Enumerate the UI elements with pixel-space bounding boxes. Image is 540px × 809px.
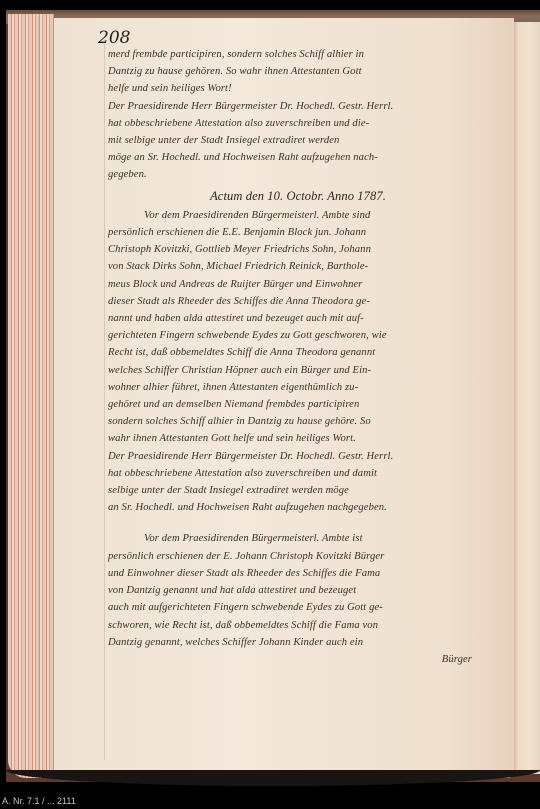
text-line: auch mit aufgerichteten Fingern schweben… xyxy=(108,599,488,616)
text-line: Christoph Kovitzki, Gottlieb Meyer Fried… xyxy=(108,241,488,258)
text-line: Recht ist, daß obbemeldtes Schiff die An… xyxy=(108,344,488,361)
text-line: und Einwohner dieser Stadt als Rheeder d… xyxy=(108,565,488,582)
text-line: gerichteten Fingern schwebende Eydes zu … xyxy=(108,327,488,344)
text-line: Der Praesidirende Herr Bürgermeister Dr.… xyxy=(108,448,488,465)
text-line: gegeben. xyxy=(108,166,488,183)
book-bottom-shadow xyxy=(6,770,540,786)
text-line: von Dantzig genannt und hat alda attesti… xyxy=(108,582,488,599)
text-line: Vor dem Praesidirenden Bürgermeisterl. A… xyxy=(108,207,488,224)
text-line: helfe und sein heiliges Wort! xyxy=(108,80,488,97)
manuscript-text: merd frembde participiren, sondern solch… xyxy=(108,46,488,668)
text-line: welches Schiffer Christian Höpner auch e… xyxy=(108,362,488,379)
text-line: wahr ihnen Attestanten Gott helfe und se… xyxy=(108,430,488,447)
text-line: an Sr. Hochedl. und Hochweisen Raht aufz… xyxy=(108,499,488,516)
text-line: persönlich erschienen die E.E. Benjamin … xyxy=(108,224,488,241)
text-line: von Stack Dirks Sohn, Michael Friedrich … xyxy=(108,258,488,275)
entry-heading: Actum den 10. Octobr. Anno 1787. xyxy=(108,184,488,207)
text-line: selbige unter der Stadt Insiegel extradi… xyxy=(108,482,488,499)
margin-rule xyxy=(104,40,105,760)
text-line: nannt und haben alda attestiret und beze… xyxy=(108,310,488,327)
text-line: Dantzig genannt, welches Schiffer Johann… xyxy=(108,634,488,651)
image-caption: A. Nr. 7.1 / ... 2111 xyxy=(2,796,76,806)
text-line: sondern solches Schiff alhier in Dantzig… xyxy=(108,413,488,430)
text-line: Vor dem Praesidirenden Bürgermeisterl. A… xyxy=(108,530,488,547)
page-number: 208 xyxy=(98,28,130,48)
text-line: wohner alhier führet, ihnen Attestanten … xyxy=(108,379,488,396)
text-line: schworen, wie Recht ist, daß obbemeldtes… xyxy=(108,617,488,634)
text-line: mit selbige unter der Stadt Insiegel ext… xyxy=(108,132,488,149)
text-line: persönlich erschienen der E. Johann Chri… xyxy=(108,548,488,565)
text-line: Dantzig zu hause gehören. So wahr ihnen … xyxy=(108,63,488,80)
facing-page-edge xyxy=(510,22,540,774)
text-line: merd frembde participiren, sondern solch… xyxy=(108,46,488,63)
text-line: möge an Sr. Hochedl. und Hochweisen Raht… xyxy=(108,149,488,166)
text-line: dieser Stadt als Rheeder des Schiffes di… xyxy=(108,293,488,310)
text-line: hat obbeschriebene Attestation also zuve… xyxy=(108,465,488,482)
text-line: Der Praesidirende Herr Bürgermeister Dr.… xyxy=(108,98,488,115)
page-stack-edge xyxy=(8,14,54,778)
text-line: meus Block und Andreas de Ruijter Bürger… xyxy=(108,276,488,293)
catchword: Bürger xyxy=(108,651,488,668)
text-line: hat obbeschriebene Attestation also zuve… xyxy=(108,115,488,132)
text-line: gehöret und an demselben Niemand frembde… xyxy=(108,396,488,413)
paragraph-gap xyxy=(108,516,488,530)
